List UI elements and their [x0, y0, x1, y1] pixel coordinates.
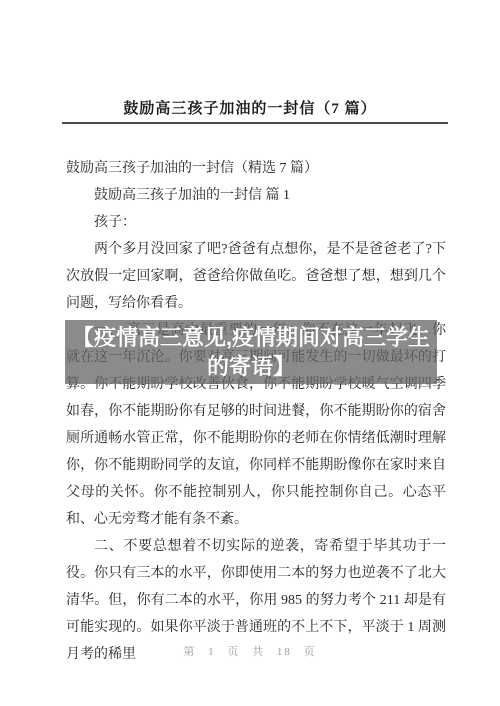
watermark-text-line: 【疫情高三意见,疫情期间对高三学生 — [72, 323, 430, 352]
document-body: 鼓励高三孩子加油的一封信（精选 7 篇） 鼓励高三孩子加油的一封信 篇 1 孩子… — [66, 155, 446, 668]
paragraph: 孩子： — [66, 209, 446, 236]
paragraph: 鼓励高三孩子加油的一封信（精选 7 篇） — [66, 155, 446, 182]
title-divider — [62, 122, 448, 124]
document-title: 鼓励高三孩子加油的一封信（7 篇） — [0, 98, 500, 120]
paragraph: 两个多月没回家了吧?爸爸有点想你，是不是爸爸老了?下次放假一定回家啊，爸爸给你做… — [66, 236, 446, 317]
paragraph: 鼓励高三孩子加油的一封信 篇 1 — [66, 182, 446, 209]
document-page: 鼓励高三孩子加油的一封信（7 篇） 鼓励高三孩子加油的一封信（精选 7 篇） 鼓… — [0, 0, 500, 706]
watermark-overlay: 【疫情高三意见,疫情期间对高三学生 的寄语】 — [65, 320, 437, 384]
page-number-footer: 第 1 页 共 18 页 — [0, 644, 500, 660]
watermark-text-line: 的寄语】 — [207, 352, 295, 381]
